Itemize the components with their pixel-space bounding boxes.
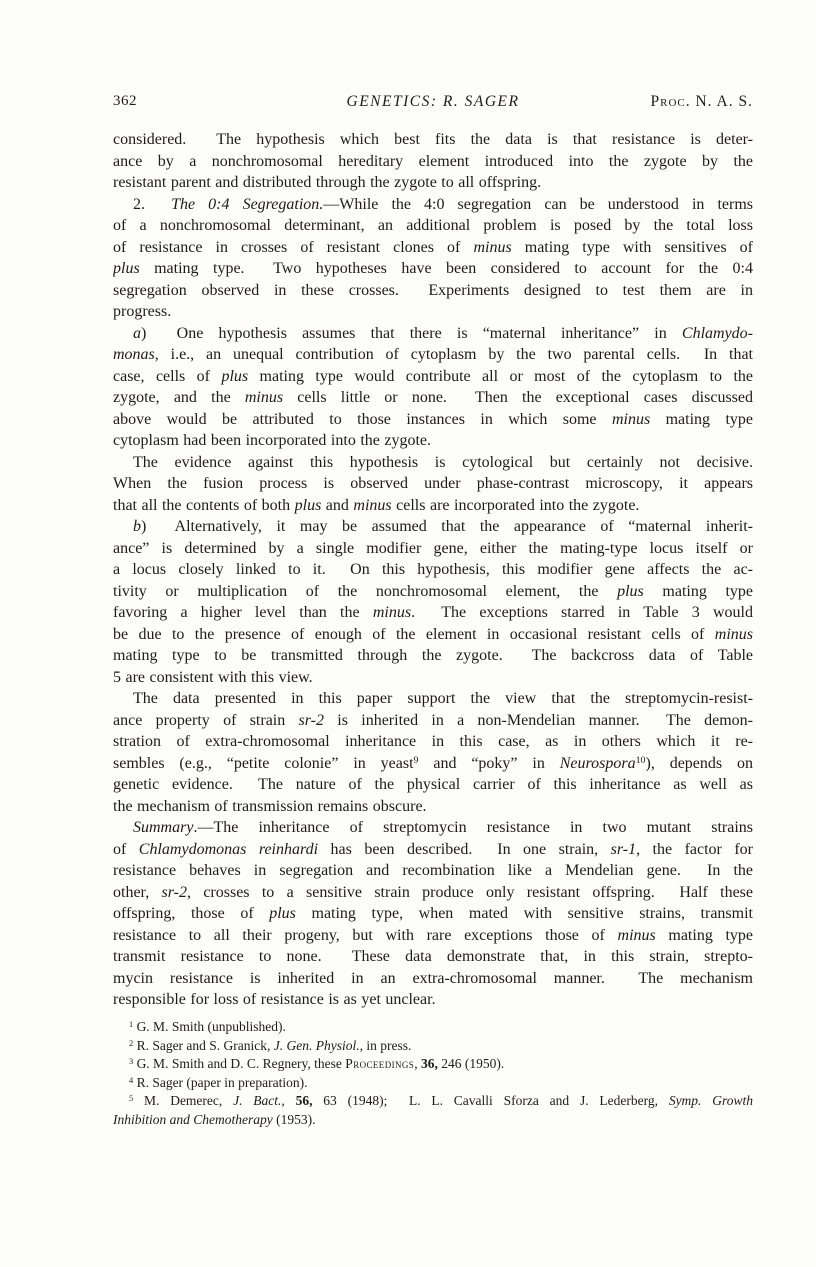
text-line: genetic evidence. The nature of the phys… — [113, 774, 753, 796]
text-line: a locus closely linked to it. On this hy… — [113, 559, 753, 581]
text-line: above would be attributed to those insta… — [113, 409, 753, 431]
text-line: the mechanism of transmission remains ob… — [113, 796, 753, 818]
text-line: resistant parent and distributed through… — [113, 172, 753, 194]
text-line: plus mating type. Two hypotheses have be… — [113, 258, 753, 280]
footnote-line: 1 G. M. Smith (unpublished). — [113, 1018, 753, 1037]
text-line: The data presented in this paper support… — [113, 688, 753, 710]
text-line: favoring a higher level than the minus. … — [113, 602, 753, 624]
text-line: be due to the presence of enough of the … — [113, 624, 753, 646]
text-line: ance” is determined by a single modifier… — [113, 538, 753, 560]
text-line: ance property of strain sr-2 is inherite… — [113, 710, 753, 732]
footnote-line: Inhibition and Chemotherapy (1953). — [113, 1111, 753, 1130]
footnote-line: 2 R. Sager and S. Granick, J. Gen. Physi… — [113, 1037, 753, 1056]
text-line: that all the contents of both plus and m… — [113, 495, 753, 517]
text-line: case, cells of plus mating type would co… — [113, 366, 753, 388]
text-line: resistance to all their progeny, but wit… — [113, 925, 753, 947]
text-line: mating type to be transmitted through th… — [113, 645, 753, 667]
text-line: progress. — [113, 301, 753, 323]
text-line: 5 are consistent with this view. — [113, 667, 753, 689]
scanned-paper-page: 362 GENETICS: R. SAGER Proc. N. A. S. co… — [0, 0, 816, 1267]
text-line: of resistance in crosses of resistant cl… — [113, 237, 753, 259]
text-line: of Chlamydomonas reinhardi has been desc… — [113, 839, 753, 861]
text-line: b) Alternatively, it may be assumed that… — [113, 516, 753, 538]
footnote-line: 4 R. Sager (paper in preparation). — [113, 1074, 753, 1093]
text-line: resistance behaves in segregation and re… — [113, 860, 753, 882]
body-text: considered. The hypothesis which best fi… — [113, 129, 753, 1011]
text-line: other, sr-2, crosses to a sensitive stra… — [113, 882, 753, 904]
text-line: considered. The hypothesis which best fi… — [113, 129, 753, 151]
text-line: transmit resistance to none. These data … — [113, 946, 753, 968]
text-line: 2. The 0:4 Segregation.—While the 4:0 se… — [113, 194, 753, 216]
text-line: zygote, and the minus cells little or no… — [113, 387, 753, 409]
text-line: Summary.—The inheritance of streptomycin… — [113, 817, 753, 839]
text-line: When the fusion process is observed unde… — [113, 473, 753, 495]
footnotes: 1 G. M. Smith (unpublished).2 R. Sager a… — [113, 1018, 753, 1129]
text-line: The evidence against this hypothesis is … — [113, 452, 753, 474]
text-line: stration of extra-chromosomal inheritanc… — [113, 731, 753, 753]
text-line: of a nonchromosomal determinant, an addi… — [113, 215, 753, 237]
text-line: mycin resistance is inherited in an extr… — [113, 968, 753, 990]
journal-name: Proc. N. A. S. — [650, 93, 753, 111]
text-line: cytoplasm had been incorporated into the… — [113, 430, 753, 452]
running-header: 362 GENETICS: R. SAGER Proc. N. A. S. — [113, 93, 753, 113]
footnote-line: 3 G. M. Smith and D. C. Regnery, these P… — [113, 1055, 753, 1074]
text-line: ance by a nonchromosomal hereditary elem… — [113, 151, 753, 173]
text-line: tivity or multiplication of the nonchrom… — [113, 581, 753, 603]
footnote-line: 5 M. Demerec, J. Bact., 56, 63 (1948); L… — [113, 1092, 753, 1111]
text-line: sembles (e.g., “petite colonie” in yeast… — [113, 753, 753, 775]
text-line: offspring, those of plus mating type, wh… — [113, 903, 753, 925]
text-line: segregation observed in these crosses. E… — [113, 280, 753, 302]
text-line: monas, i.e., an unequal contribution of … — [113, 344, 753, 366]
text-line: a) One hypothesis assumes that there is … — [113, 323, 753, 345]
text-line: responsible for loss of resistance is as… — [113, 989, 753, 1011]
